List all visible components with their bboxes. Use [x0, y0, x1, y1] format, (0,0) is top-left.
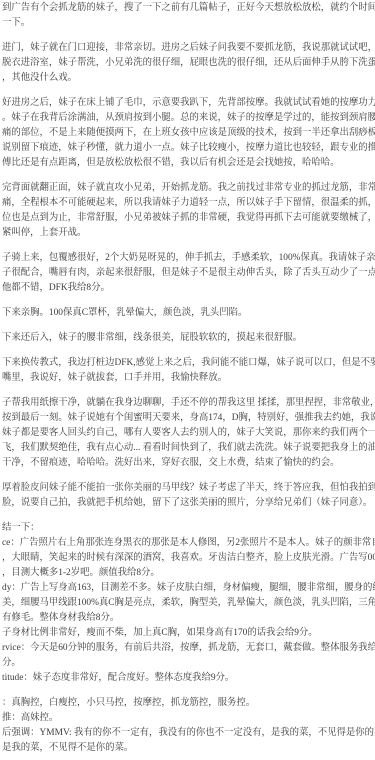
text-line: 子帮我用纸擦干净，就躺在我身边聊聊，手还不停的帮我这里 揉揉，那里捏捏，非常敬业…: [2, 396, 375, 411]
text-line: 说别留下痕迹，妹子秒懂，就力道小一点。妹子比较瘦小，按摩力道比也较轻，跟专业的推: [2, 141, 375, 156]
disclaimer-line: 是我的菜，不见得不是你的菜。: [2, 741, 375, 756]
not-recommend-line: 推：高妹控。: [2, 711, 375, 726]
text-line: 厚着脸皮问妹子能不能拍一张你美丽的马甲线？妹子考虑了半天，终于答应我，但怕我拍到: [2, 481, 375, 496]
text-line: 痛，全程根本不可能硬起来，所以我请妹子力道轻一点，所以妹子手下留情，很温柔的抓，: [2, 196, 375, 211]
text-line: ，其他没什么戏。: [2, 71, 375, 86]
body-rating-line: dy：广告上写身高163，目测差不多。妹子皮肤白细，身材偏瘦，腿细，腰非常细，腰…: [2, 581, 375, 596]
text-line: 傅比还是有点距离，但是放松放松很不错，我以后有机会还是会找她按，哈哈哈。: [2, 156, 375, 171]
text-line: 干净，不留痕迹，哈哈哈。洗好出来，穿好衣服，交上水费，结束了愉快的约会。: [2, 456, 375, 471]
text-line: 紧叫停，上套开战。: [2, 226, 375, 241]
text-line: 美，细腰马甲线跟100%真C胸是亮点，柔软，胸型美，乳晕偏大，颜色淡，乳头凹陷，…: [2, 596, 375, 611]
service-rating-line: rvice：今天是60分钟的服务，有前后共浴，按摩，抓龙筋，无套口，戴套做。整体…: [2, 641, 375, 656]
text-line: 进门，妹子就在门口迎接，非常亲切。进房之后妹子问我要不要抓龙筋，我说那就试试吧，: [2, 41, 375, 56]
text-line: 飞，我们默契绝佳，我有点心动... 看看时间快到了，我们就去洗洗。妹子说要把我身…: [2, 441, 375, 456]
text-line: 分。: [2, 656, 375, 671]
text-line: 好进房之后，妹子在床上铺了毛巾，示意要我趴下，先背部按摩。我就试试看她的按摩功力: [2, 96, 375, 111]
text-line: 完背面就翻正面，妹子就直攻小兄弟，开始抓龙筋。我之前找过非常专业的抓过龙筋，非常: [2, 181, 375, 196]
text-line: 下来换传教式，我边打桩边DFK,感觉上来之后，我问能不能口爆，妹子说可以口，但是…: [2, 356, 375, 371]
screenshot-viewport: 到广告有个会抓龙筋的妹子，搜了一下之前有几篇帖子，正好今天想放松放松，就约个时间…: [0, 0, 375, 760]
text-line: 有修毛。整体身材我给8分。: [2, 611, 375, 626]
text-line: 一下。: [2, 16, 375, 31]
text-line: 到广告有个会抓龙筋的妹子，搜了一下之前有几篇帖子，正好今天想放松放松，就约个时间: [2, 1, 375, 16]
text-line: 下来亲胸。100保真C罩杯，乳晕偏大，颜色淡，乳头凹陷。: [2, 306, 375, 321]
text-line: 子骑上来，包覆感很好，2个大奶晃呀晃的，伸手抓去，手感柔软，100%保真。我请妹…: [2, 251, 375, 266]
document-body: 到广告有个会抓龙筋的妹子，搜了一下之前有几篇帖子，正好今天想放松放松，就约个时间…: [2, 1, 375, 756]
text-line: 子身材比例非常好，瘦而不柴，加上真C胸，如果身高有170的话我会给9分。: [2, 626, 375, 641]
text-line: 位也是点到为止，非常舒服，小兄弟被妹子抓的非常硬，我觉得再抓下去可能就要缴械了，: [2, 211, 375, 226]
text-line: 。妹子在我背后涂满油，从颈肩按到小腿。总的来说，妹子的按摩是学过的，能按到颈肩腰: [2, 111, 375, 126]
text-line: 妹子都是要客人回头约自己，哪有人要客人去约别人的，妹子大笑说，那你来约我们两个一: [2, 426, 375, 441]
summary-heading-line: 结一下：: [2, 521, 375, 536]
text-line: ，目测大概多1-2岁吧。颜值我给8分。: [2, 566, 375, 581]
text-line: 下来还后入，妹子的腰非常细，线条很美，屁股软软的，摸起来很舒服。: [2, 331, 375, 346]
recommend-line: ：真胸控，白瘦控，小只马控，按摩控，抓龙筋控，服务控。: [2, 696, 375, 711]
attitude-rating-line: titude：妹子态度非常好，配合度好。整体态度我给9分。: [2, 671, 375, 686]
text-line: 按到最后一刻。妹子说她有个闺蜜明天要来，身高174，D胸，特别好，强推我去约她，…: [2, 411, 375, 426]
text-line: 嘴里，我说好，妹子就拔套，口手并用，我愉快释放。: [2, 371, 375, 386]
text-line: 他都不错，DFK我给8分。: [2, 281, 375, 296]
disclaimer-line: 后强调：YMMV: 我有的你不一定有，我没有的你也不一定没有，是我的菜，不见得是…: [2, 726, 375, 741]
text-line: ，大眼睛，笑起来的时候有深深的酒窝，我喜欢。牙齿洁白整齐，脸上皮肤光滑。广告写0…: [2, 551, 375, 566]
text-line: 脸，说要自己拍，我就把手机给她，留下了这张美丽的照片，分享给兄弟们（妹子同意）。: [2, 496, 375, 511]
text-line: 痛的部位，不是上来随便摸两下，在上班女孩中应该是顶级的技术，按到一半还拿出刮痧板: [2, 126, 375, 141]
text-line: 子很配合，嘴唇有肉，亲起来很舒服，但是妹子不是很主动伸舌头，除了舌头互动少了一点: [2, 266, 375, 281]
face-rating-line: ce：广告照片右上角那张连身黑衣的那张是本人修图，另2张照片不是本人。妹子的颜非…: [2, 536, 375, 551]
text-line: 脱衣进浴室，妹子帮洗，小兄弟洗的很仔细，屁眼也洗的很仔细，还从后面伸手从胯下洗蛋: [2, 56, 375, 71]
